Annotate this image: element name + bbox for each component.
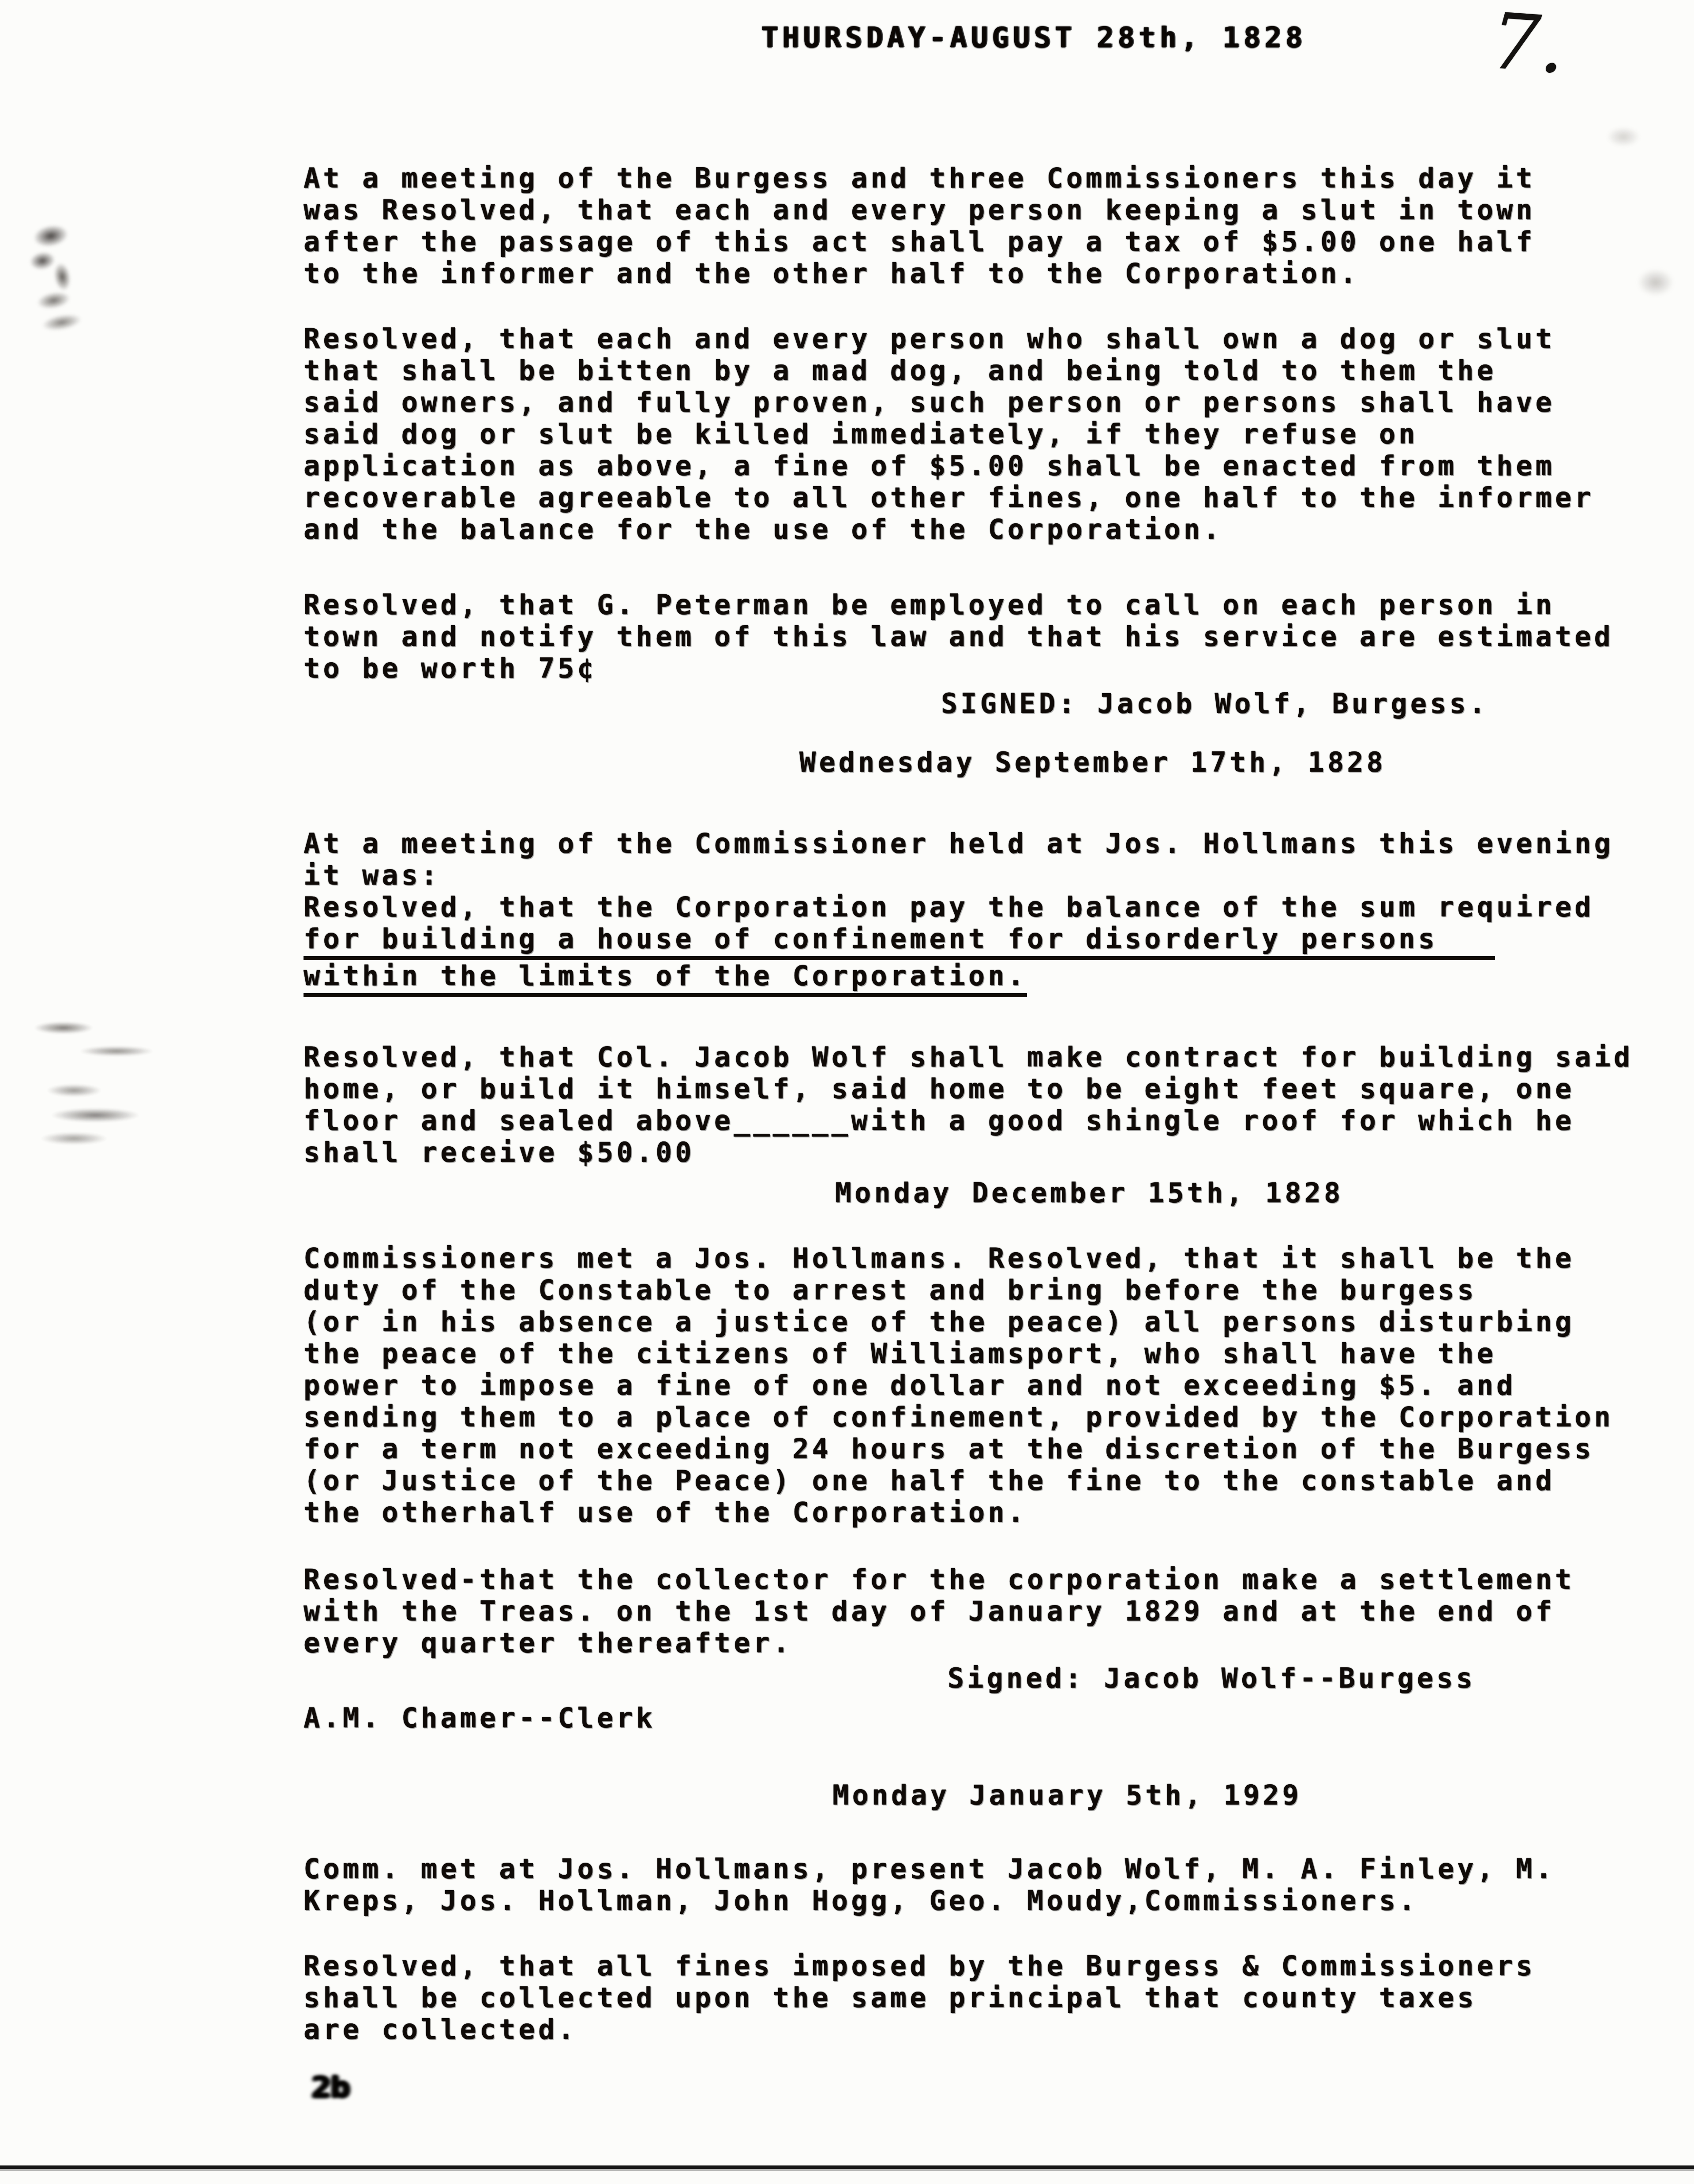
text-line: home, or build it himself, said home to … [304,1073,1681,1105]
document-body: At a meeting of the Burgess and three Co… [304,0,1681,2045]
ink-smudge [0,1010,212,1156]
text-line: said owners, and fully proven, such pers… [304,387,1681,418]
text-line: every quarter thereafter. [304,1627,1681,1659]
resolution-dog-tax: At a meeting of the Burgess and three Co… [304,162,1681,289]
text-line: was Resolved, that each and every person… [304,194,1681,226]
text-line: recoverable agreeable to all other fines… [304,482,1681,514]
text-line: (or in his absence a justice of the peac… [304,1306,1681,1338]
text-line: that shall be bitten by a mad dog, and b… [304,355,1681,387]
text-line: town and notify them of this law and tha… [304,621,1681,653]
ink-smudge [3,214,107,355]
heading-january-meeting-date: Monday January 5th, 1929 [832,1779,1302,1811]
text-line: At a meeting of the Burgess and three Co… [304,162,1681,194]
text-line: Comm. met at Jos. Hollmans, present Jaco… [304,1853,1681,1885]
text-line: sending them to a place of confinement, … [304,1401,1681,1433]
text-line: to be worth 75¢ [304,653,1681,684]
text-line: the peace of the citizens of Williamspor… [304,1338,1681,1370]
signature-wolf-burgess-2: Signed: Jacob Wolf--Burgess [304,1662,1681,1694]
text-line: At a meeting of the Commissioner held at… [304,828,1681,859]
text-line: for a term not exceeding 24 hours at the… [304,1433,1681,1465]
text-line: are collected. [304,2014,1681,2045]
resolution-constable-duty: Commissioners met a Jos. Hollmans. Resol… [304,1242,1681,1528]
resolution-mad-dog: Resolved, that each and every person who… [304,323,1681,545]
resolution-fines-collection: Resolved, that all fines imposed by the … [304,1950,1681,2045]
text-line: Commissioners met a Jos. Hollmans. Resol… [304,1242,1681,1274]
resolution-wolf-building-contract: Resolved, that Col. Jacob Wolf shall mak… [304,1041,1681,1168]
text-line: to the informer and the other half to th… [304,258,1681,289]
text-line: (or Justice of the Peace) one half the f… [304,1465,1681,1497]
text-line: with the Treas. on the 1st day of Januar… [304,1595,1681,1627]
resolution-collector-settlement: Resolved-that the collector for the corp… [304,1564,1681,1659]
text-line: the otherhalf use of the Corporation. [304,1497,1681,1528]
heading-september-meeting-date: Wednesday September 17th, 1828 [799,747,1386,778]
scanned-document-page: THURSDAY-AUGUST 28th, 1828 7. At a meeti… [0,0,1694,2184]
text-line: shall receive $50.00 [304,1137,1681,1168]
scan-edge-line [0,2165,1694,2169]
underlined-text-line: within the limits of the Corporation. [304,960,1027,997]
text-line: duty of the Constable to arrest and brin… [304,1274,1681,1306]
text-line: Kreps, Jos. Hollman, John Hogg, Geo. Mou… [304,1885,1681,1917]
paragraph-commissioners-present: Comm. met at Jos. Hollmans, present Jaco… [304,1853,1681,1917]
signature-clerk: A.M. Chamer--Clerk [304,1702,1681,1734]
text-line: after the passage of this act shall pay … [304,226,1681,258]
page-footer-ink-mark: 2b [311,2071,349,2104]
text-line: Resolved, that each and every person who… [304,323,1681,355]
heading-december-meeting-date: Monday December 15th, 1828 [835,1177,1344,1209]
text-line: it was: [304,859,1681,891]
resolution-house-of-confinement: At a meeting of the Commissioner held at… [304,828,1681,997]
text-line: said dog or slut be killed immediately, … [304,418,1681,450]
text-line: Resolved-that the collector for the corp… [304,1564,1681,1595]
text-line: floor and sealed above______with a good … [304,1105,1681,1137]
text-line: shall be collected upon the same princip… [304,1982,1681,2014]
text-line: Resolved, that the Corporation pay the b… [304,891,1681,923]
resolution-peterman-notice: Resolved, that G. Peterman be employed t… [304,589,1681,684]
text-line: application as above, a fine of $5.00 sh… [304,450,1681,482]
text-line: Resolved, that Col. Jacob Wolf shall mak… [304,1041,1681,1073]
underlined-text-line: for building a house of confinement for … [304,923,1495,960]
signature-wolf-burgess: SIGNED: Jacob Wolf, Burgess. [304,688,1681,720]
text-line: Resolved, that all fines imposed by the … [304,1950,1681,1982]
text-line: Resolved, that G. Peterman be employed t… [304,589,1681,621]
text-line: and the balance for the use of the Corpo… [304,514,1681,545]
text-line: power to impose a fine of one dollar and… [304,1370,1681,1401]
